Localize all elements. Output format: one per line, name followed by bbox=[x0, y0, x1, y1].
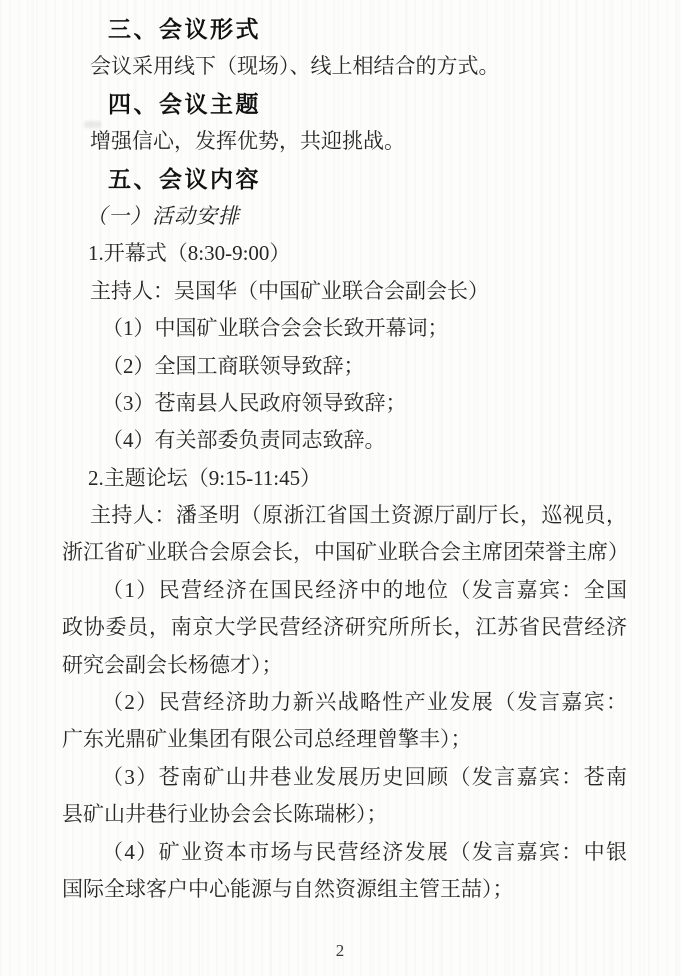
heading-meeting-theme: 四、会议主题 bbox=[108, 86, 627, 123]
document-body: 三、会议形式 会议采用线下（现场）、线上相结合的方式。 四、会议主题 增强信心，… bbox=[0, 0, 681, 908]
item-forum-topic-4-line-2: 国际全球客户中心能源与自然资源组主管王喆）； bbox=[62, 871, 627, 908]
line-host-forum-1: 主持人：潘圣明（原浙江省国土资源厅副厅长，巡视员， bbox=[90, 497, 627, 534]
item-forum-topic-4-line-1: （4）矿业资本市场与民营经济发展（发言嘉宾：中银 bbox=[102, 834, 627, 871]
line-host-forum-2: 浙江省矿业联合会原会长，中国矿业联合会主席团荣誉主席） bbox=[62, 534, 627, 571]
para-meeting-theme: 增强信心，发挥优势，共迎挑战。 bbox=[90, 123, 627, 160]
item-opening-speech-1: （1）中国矿业联合会会长致开幕词； bbox=[102, 310, 627, 347]
item-forum-topic-2-line-1: （2）民营经济助力新兴战略性产业发展（发言嘉宾： bbox=[102, 684, 627, 721]
item-forum-topic-1-line-1: （1）民营经济在国民经济中的地位（发言嘉宾：全国 bbox=[102, 572, 627, 609]
subheading-activity-arrangement: （一）活动安排 bbox=[86, 198, 627, 235]
item-forum-topic-2-line-2: 广东光鼎矿业集团有限公司总经理曾擎丰）； bbox=[62, 721, 627, 758]
heading-meeting-format: 三、会议形式 bbox=[108, 11, 627, 48]
line-host-opening-ceremony: 主持人：吴国华（中国矿业联合会副会长） bbox=[90, 273, 627, 310]
item-opening-speech-2: （2）全国工商联领导致辞； bbox=[102, 348, 627, 385]
para-meeting-format: 会议采用线下（现场）、线上相结合的方式。 bbox=[90, 48, 627, 85]
item-forum-topic-3-line-2: 县矿山井巷行业协会会长陈瑞彬）； bbox=[62, 796, 627, 833]
heading-meeting-content: 五、会议内容 bbox=[108, 161, 627, 198]
scanned-document-page: 三、会议形式 会议采用线下（现场）、线上相结合的方式。 四、会议主题 增强信心，… bbox=[0, 0, 681, 976]
item-forum-topic-1-line-3: 研究会副会长杨德才）； bbox=[62, 647, 627, 684]
item-opening-speech-3: （3）苍南县人民政府领导致辞； bbox=[102, 385, 627, 422]
item-forum-topic-3-line-1: （3）苍南矿山井巷业发展历史回顾（发言嘉宾：苍南 bbox=[102, 759, 627, 796]
item-opening-speech-4: （4）有关部委负责同志致辞。 bbox=[102, 422, 627, 459]
item-forum-topic-1-line-2: 政协委员，南京大学民营经济研究所所长，江苏省民营经济 bbox=[62, 609, 627, 646]
line-theme-forum-time: 2.主题论坛（9:15-11:45） bbox=[88, 460, 627, 497]
line-opening-ceremony-time: 1.开幕式（8:30-9:00） bbox=[88, 235, 627, 272]
page-number: 2 bbox=[0, 941, 681, 961]
